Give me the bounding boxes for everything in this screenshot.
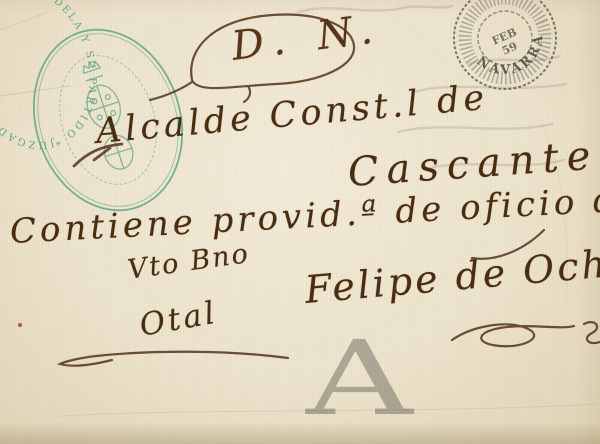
svg-text:A: A — [305, 319, 415, 439]
certification-line: Contiene provid.ª de oficio doy fé — [9, 175, 600, 252]
datestamp-year: 59 — [500, 39, 519, 57]
otal-underline-flourish — [60, 352, 288, 366]
ochoa-rubric-flourish — [452, 324, 574, 346]
porteo-a-mark: A — [305, 319, 415, 439]
signature-otal: Otal — [137, 295, 220, 344]
edge-scribble — [584, 322, 600, 343]
postal-cover-scan: JUZGADO DE 1.ª INSTANCIA DE TUDELA Y SU … — [0, 0, 600, 444]
visto-bueno-note: Vto Bno — [126, 238, 252, 286]
datestamp-month: FEB — [490, 26, 519, 48]
red-speck — [18, 323, 22, 327]
address-line-recipient: Alcalde Const.l de — [94, 78, 489, 152]
docket-initials: D. N. — [229, 6, 385, 70]
signature-felipe-de-ochoa: Felipe de Ochoa — [303, 237, 600, 312]
